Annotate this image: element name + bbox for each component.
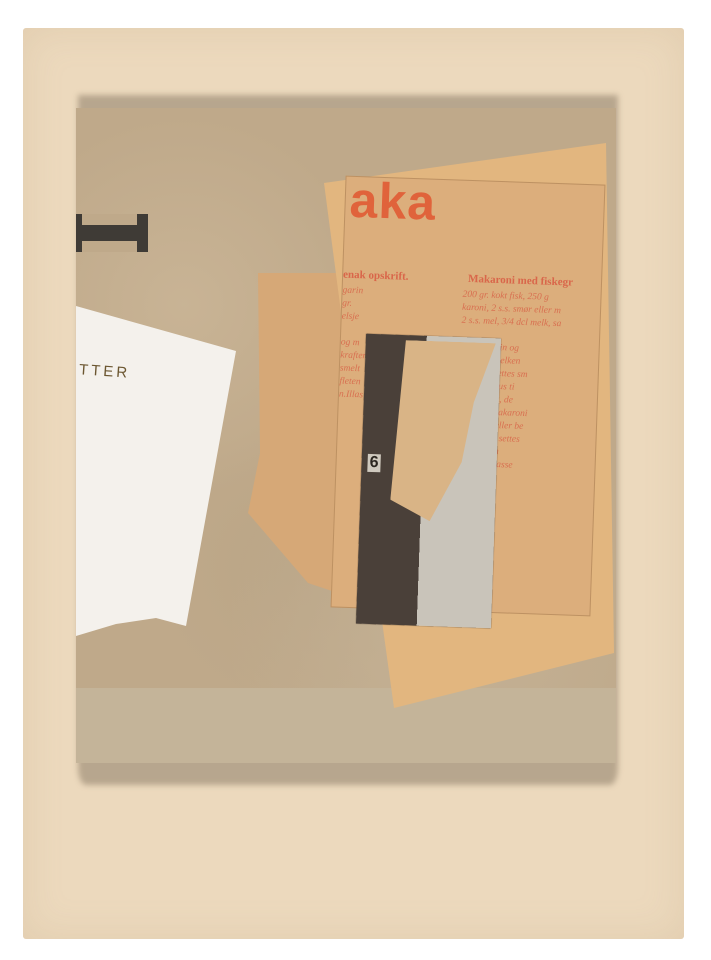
torn-paper-overlay	[389, 340, 495, 528]
bottom-paper-strip	[76, 688, 616, 763]
recipe-title-left: enak opskrift.	[343, 269, 409, 283]
white-paper-fragment	[76, 306, 236, 646]
tter-text: TTER	[78, 361, 130, 382]
headline-text: aka	[349, 176, 437, 232]
recipe-title-right: Makaroni med fiskegr	[468, 273, 573, 289]
photo-fragment: 6	[356, 334, 501, 629]
photo-number: 6	[367, 454, 381, 472]
collage-base: TTER aka enak opskrift. Makaroni med fis…	[76, 108, 616, 763]
black-h-fragment	[76, 214, 148, 252]
